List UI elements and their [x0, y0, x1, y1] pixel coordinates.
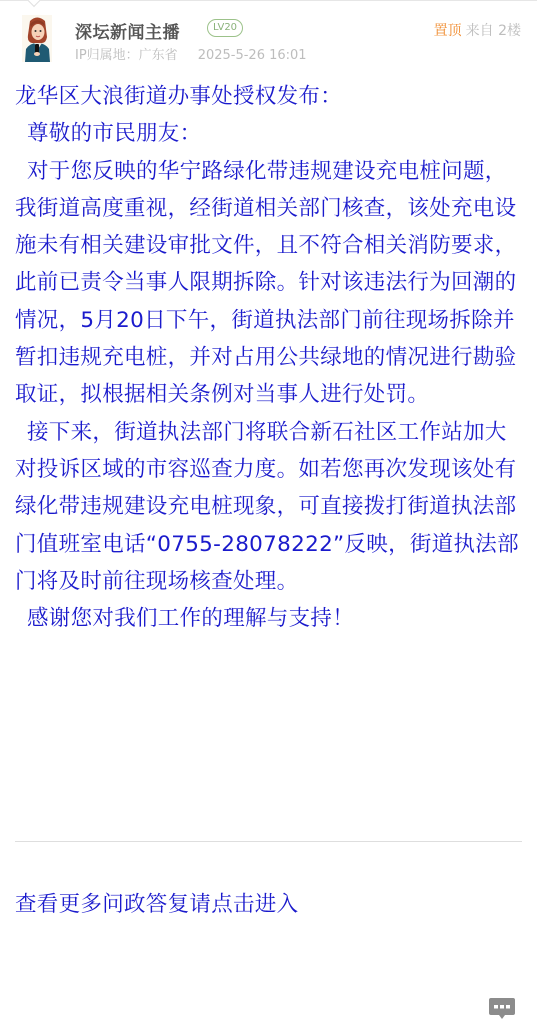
news-anchor-avatar-icon	[22, 15, 52, 62]
post-header: 深坛新闻主播 LV20 IP归属地：广东省2025-5-26 16:01 置顶来…	[0, 0, 537, 70]
content-heading: 龙华区大浪街道办事处授权发布：	[15, 78, 525, 115]
floor-number: 2楼	[498, 23, 521, 39]
content-paragraph-1: 对于您反映的华宁路绿化带违规建设充电桩问题，我街道高度重视，经街道相关部门核查，…	[15, 153, 525, 414]
source-label: 来自	[466, 23, 494, 39]
content-greeting: 尊敬的市民朋友：	[15, 115, 525, 152]
floor-info: 置顶来自 2楼	[434, 20, 521, 40]
post-meta: IP归属地：广东省2025-5-26 16:01	[75, 44, 307, 63]
more-replies-link[interactable]: 查看更多问政答复请点击进入	[15, 886, 298, 923]
comment-bubble-icon[interactable]	[488, 996, 516, 1022]
level-badge: LV20	[207, 19, 243, 37]
content-paragraph-2: 接下来，街道执法部门将联合新石社区工作站加大对投诉区域的市容巡查力度。如若您再次…	[15, 414, 525, 600]
content-divider	[15, 841, 522, 842]
post-timestamp: 2025-5-26 16:01	[198, 48, 307, 63]
author-name[interactable]: 深坛新闻主播	[75, 18, 180, 43]
avatar[interactable]	[22, 15, 52, 62]
post-content: 龙华区大浪街道办事处授权发布： 尊敬的市民朋友： 对于您反映的华宁路绿化带违规建…	[15, 78, 525, 637]
pinned-badge: 置顶	[434, 23, 462, 39]
ip-location: IP归属地：广东省	[75, 48, 178, 63]
content-closing: 感谢您对我们工作的理解与支持！	[15, 600, 525, 637]
